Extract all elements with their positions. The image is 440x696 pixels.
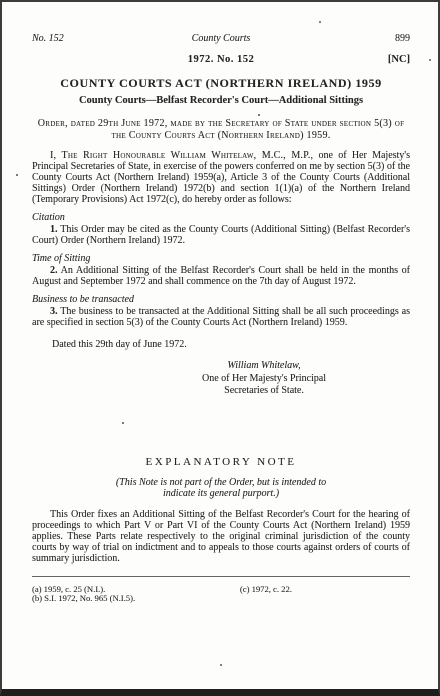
page-number: 899: [299, 33, 410, 44]
scan-speck: [319, 21, 321, 23]
article-number-2: 2.: [50, 265, 58, 276]
article-body-1: 1. This Order may be cited as the County…: [32, 224, 410, 246]
document-page: No. 152 County Courts 899 1972. No. 152 …: [0, 0, 440, 696]
article-body-3: 3. The business to be transacted at the …: [32, 306, 410, 328]
signatory-office-line2: Secretaries of State.: [140, 385, 388, 398]
act-title: COUNTY COURTS ACT (NORTHERN IRELAND) 195…: [32, 76, 410, 90]
signatory-office-line1: One of Her Majesty's Principal: [140, 373, 388, 386]
signatory-name: William Whitelaw,: [140, 360, 388, 373]
doc-number-left: No. 152: [32, 33, 143, 44]
year-number-line: 1972. No. 152 [NC]: [32, 54, 410, 66]
article-number-1: 1.: [50, 224, 58, 235]
article-body-2: 2. An Additional Sitting of the Belfast …: [32, 265, 410, 287]
classification-tag: [NC]: [388, 54, 410, 66]
article-heading-business: Business to be transacted: [32, 294, 410, 305]
article-text-2: An Additional Sitting of the Belfast Rec…: [32, 265, 410, 287]
article-text-1: This Order may be cited as the County Co…: [32, 224, 410, 246]
order-recital: Order, dated 29th June 1972, made by the…: [35, 118, 407, 141]
dated-line: Dated this 29th day of June 1972.: [32, 339, 410, 350]
article-heading-time-of-sitting: Time of Sitting: [32, 253, 410, 264]
explanatory-note-paren-line1: (This Note is not part of the Order, but…: [32, 477, 410, 489]
year-number-text: 1972. No. 152: [188, 54, 255, 65]
article-heading-citation: Citation: [32, 212, 410, 223]
article-number-3: 3.: [50, 306, 58, 317]
scan-speck: [429, 59, 431, 61]
footnotes: (a) 1959, c. 25 (N.I.). (c) 1972, c. 22.…: [32, 585, 410, 604]
scan-speck: [220, 664, 222, 666]
article-text-3: The business to be transacted at the Add…: [32, 306, 410, 328]
footnote-divider: [32, 576, 410, 577]
running-header: No. 152 County Courts 899: [32, 33, 410, 44]
scan-speck: [16, 174, 18, 176]
enacting-paragraph: I, The Right Honourable William Whitelaw…: [32, 150, 410, 205]
footnote-b: (b) S.I. 1972, No. 965 (N.I.5).: [32, 594, 410, 604]
footnote-a: (a) 1959, c. 25 (N.I.).: [32, 584, 105, 594]
footnote-c: (c) 1972, c. 22.: [240, 585, 292, 595]
explanatory-note-heading: EXPLANATORY NOTE: [32, 456, 410, 468]
subject-line: County Courts—Belfast Recorder's Court—A…: [32, 95, 410, 107]
scan-speck: [122, 422, 124, 424]
explanatory-note-parenthetical: (This Note is not part of the Order, but…: [32, 477, 410, 500]
page-content: No. 152 County Courts 899 1972. No. 152 …: [2, 2, 438, 604]
scan-speck: [258, 114, 260, 116]
running-title: County Courts: [143, 33, 299, 44]
signature-block: William Whitelaw, One of Her Majesty's P…: [140, 360, 388, 398]
enacting-lead: I, The Right Honourable William Whitelaw…: [50, 150, 313, 161]
explanatory-note-body: This Order fixes an Additional Sitting o…: [32, 509, 410, 564]
explanatory-note-paren-line2: indicate its general purport.): [32, 488, 410, 500]
